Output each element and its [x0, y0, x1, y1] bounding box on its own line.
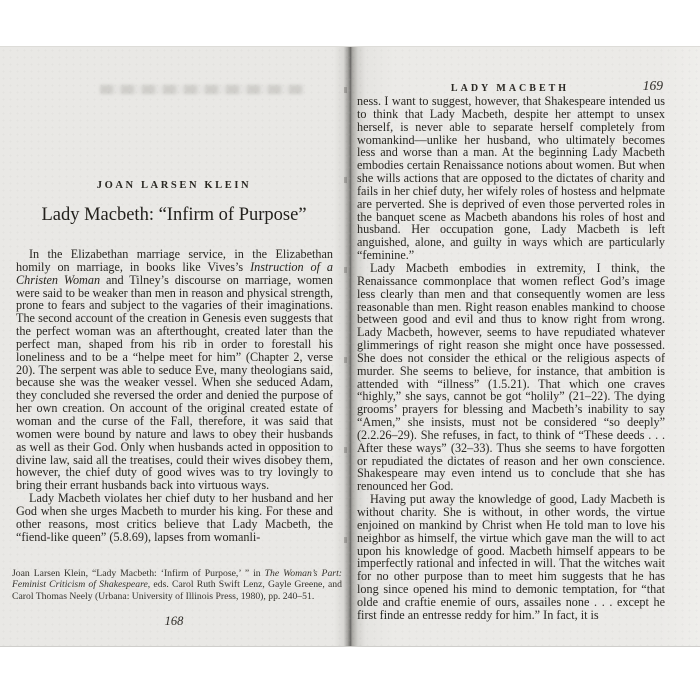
gutter-shadow [334, 47, 366, 646]
right-page: LADY MACBETH 169 ness. I want to suggest… [352, 47, 700, 646]
left-page: JOAN LARSEN KLEIN Lady Macbeth: “Infirm … [0, 47, 348, 646]
book-scan: JOAN LARSEN KLEIN Lady Macbeth: “Infirm … [0, 46, 700, 647]
page-number-left: 168 [16, 614, 332, 629]
chapter-title: Lady Macbeth: “Infirm of Purpose” [8, 205, 340, 226]
author-heading: JOAN LARSEN KLEIN [16, 180, 332, 191]
body-paragraph: Having put away the knowledge of good, L… [357, 493, 665, 621]
body-paragraph: Lady Macbeth violates her chief duty to … [16, 492, 333, 543]
right-page-body: ness. I want to suggest, however, that S… [357, 95, 665, 641]
body-paragraph: Lady Macbeth embodies in extremity, I th… [357, 262, 665, 493]
body-paragraph: ness. I want to suggest, however, that S… [357, 95, 665, 262]
footnote: Joan Larsen Klein, “Lady Macbeth: ‘Infir… [12, 568, 342, 602]
page-showthrough [100, 85, 305, 94]
screenshot-canvas: JOAN LARSEN KLEIN Lady Macbeth: “Infirm … [0, 0, 700, 700]
page-number-right: 169 [643, 78, 663, 94]
footnote-text: Joan Larsen Klein, “Lady Macbeth: ‘Infir… [12, 568, 265, 579]
running-head: LADY MACBETH [357, 83, 663, 94]
paragraph-text: and Tilney’s discourse on marriage, wome… [16, 273, 333, 493]
body-paragraph: In the Elizabethan marriage service, in … [16, 248, 333, 492]
spine-stitch-marks [344, 87, 347, 627]
left-page-body: In the Elizabethan marriage service, in … [16, 248, 333, 566]
